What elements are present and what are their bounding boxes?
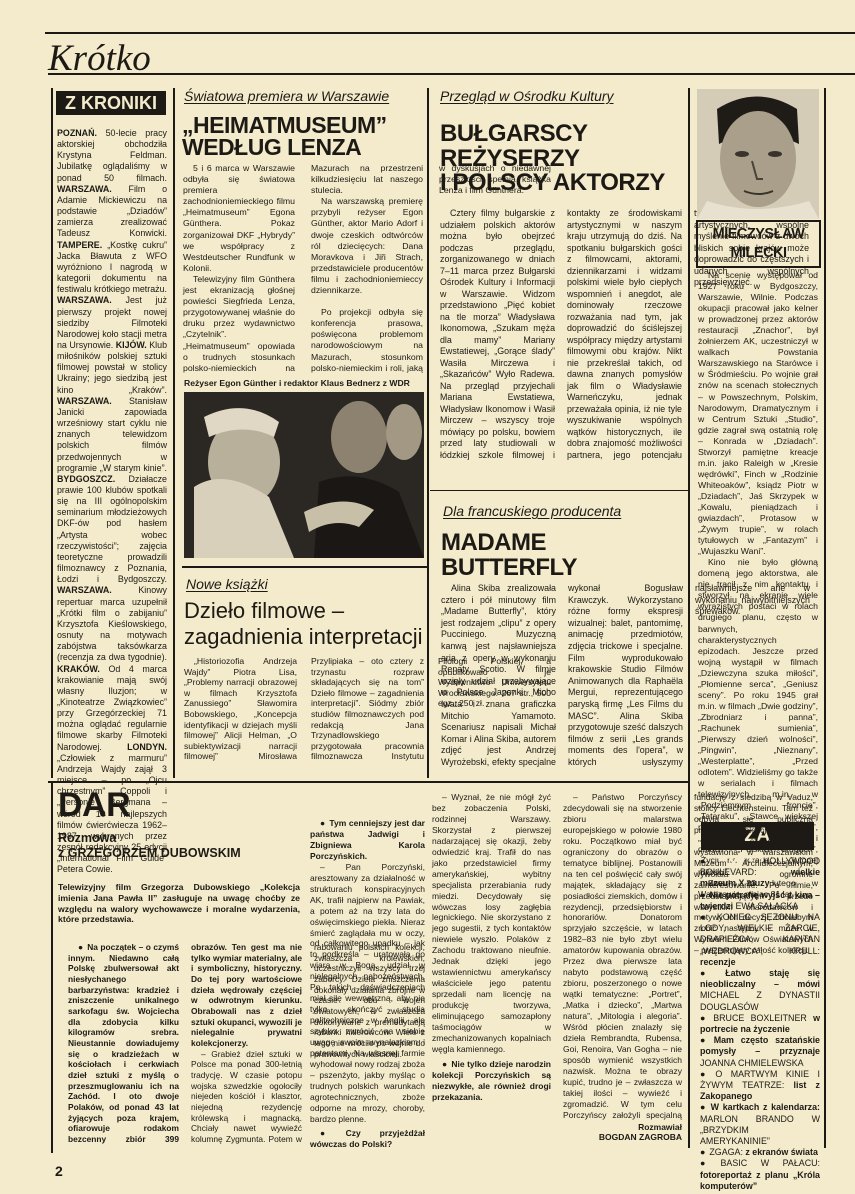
kronika-city: LONDYN. bbox=[127, 742, 167, 752]
milecki-portrait bbox=[697, 89, 819, 219]
masthead-bottom-rule bbox=[48, 73, 855, 75]
bulgar-headline-line2: REŻYSERZY bbox=[440, 147, 665, 172]
milecki-name-line2: MILECKI bbox=[698, 244, 819, 262]
dar-top-rule bbox=[48, 781, 688, 783]
kronika-city: WARSZAWA. bbox=[57, 184, 112, 194]
zatydzien-item-caps: ZGAGA: bbox=[709, 1147, 745, 1157]
milecki-name-box: MIECZYSŁAW MILECKI bbox=[696, 220, 821, 268]
portrait-icon bbox=[697, 89, 819, 219]
bulgar-headline-line3: I POLSCY AKTORZY bbox=[440, 171, 665, 196]
books-top-rule bbox=[182, 566, 428, 568]
page-number: 2 bbox=[55, 1163, 62, 1179]
kronika-left-rule bbox=[51, 88, 53, 778]
heimat-kicker: Światowa premiera w Warszawie bbox=[184, 88, 389, 104]
zatydzien-item: BASIC W PAŁACU: fotoreportaż z planu „Kr… bbox=[700, 1158, 820, 1192]
milecki-p1: Na scenie występował od 1927 roku w Bydg… bbox=[698, 270, 818, 557]
bullet-icon bbox=[700, 1035, 714, 1045]
kronika-box-label: Z KRONIKI bbox=[56, 91, 166, 115]
butterfly-top-rule bbox=[430, 490, 688, 491]
zatydzien-item-bold: z ekranów świata bbox=[745, 1147, 818, 1157]
kronika-city: WARSZAWA. bbox=[57, 396, 112, 406]
zatydzien-item: BRUCE BOXLEITNER w portrecie na życzenie bbox=[700, 1013, 820, 1035]
kronika-city: TAMPERE. bbox=[57, 240, 102, 250]
dar-answer-3: – Wyznał, że nie mógł żyć bez zobaczenia… bbox=[432, 792, 551, 1055]
books-headline-line1: Dzieło filmowe – bbox=[184, 598, 423, 624]
kronika-entry-text: Działacze prawie 100 klubów spotkali się… bbox=[57, 474, 167, 584]
divider-col3 bbox=[688, 88, 690, 1148]
kronika-entry-text: Kinowy repertuar marca uzupełnił „Krótki… bbox=[57, 585, 167, 662]
books-body: „Historiozofia Andrzeja Wajdy” Piotra Li… bbox=[184, 656, 424, 766]
divider-col1 bbox=[173, 88, 175, 778]
butterfly-body: Alina Skiba zrealizowała cztero i pół mi… bbox=[441, 583, 683, 769]
kronika-city: POZNAŃ. bbox=[57, 128, 97, 138]
heimat-photo bbox=[184, 392, 424, 558]
divider-col2 bbox=[427, 88, 429, 778]
butterfly-headline-line1: MADAME bbox=[441, 530, 577, 555]
zatydzien-item-bold: fotoreportaż z planu „Króla komputerów” bbox=[700, 1170, 820, 1191]
dar-body-right: – Wyznał, że nie mógł żyć bez zobaczenia… bbox=[432, 792, 682, 1122]
dar-left-rule bbox=[51, 783, 53, 1153]
bullet-icon bbox=[700, 1158, 720, 1168]
zatydzien-item-bold: Mam często szatańskie pomysły – przyznaj… bbox=[700, 1035, 820, 1056]
zatydzien-item-caps: MARLON BRANDO W „BRZYDKIM AMERYKANINIE” bbox=[700, 1114, 820, 1146]
kronika-paragraph: POZNAŃ. 50-lecie pracy aktorskiej obchod… bbox=[57, 128, 167, 875]
dar-lead: Telewizyjny film Grzegorza Dubowskiego „… bbox=[58, 882, 300, 925]
dar-subhead-line2: z GRZEGORZEM DUBOWSKIM bbox=[58, 846, 241, 861]
bullet-icon bbox=[700, 1013, 713, 1023]
bulgar-headline-line1: BUŁGARSCY bbox=[440, 122, 665, 147]
zatydzien-item-caps: MICHAEL Z DYNASTII DOUGLASÓW bbox=[700, 990, 820, 1011]
dar-question-3: Czy przyjeżdżał wówczas do Polski? bbox=[310, 1128, 425, 1150]
kronika-city: WARSZAWA. bbox=[57, 295, 112, 305]
zatydzien-item: ZGAGA: z ekranów świata bbox=[700, 1147, 820, 1158]
bullet-icon bbox=[442, 1059, 451, 1069]
zatydzien-item: W kartkach z kalendarza: MARLON BRANDO W… bbox=[700, 1102, 820, 1147]
bullet-icon bbox=[700, 1069, 715, 1079]
bullet-icon bbox=[700, 1147, 709, 1157]
dar-subhead-line1: Rozmowa bbox=[58, 831, 241, 846]
books-headline: Dzieło filmowe – zagadnienia interpretac… bbox=[184, 598, 423, 650]
heimat-p1: 5 i 6 marca w Warszawie odbyła się świat… bbox=[183, 163, 295, 274]
dar-answer-5: Pierwsza część kolekcji, wystawiona w wa… bbox=[694, 836, 813, 956]
zatydzien-item-caps: JOANNA CHMIELEWSKA bbox=[700, 1058, 804, 1068]
butterfly-headline: MADAME BUTTERFLY bbox=[441, 530, 577, 580]
photo-two-men-icon bbox=[184, 392, 424, 558]
dar-body-col3: Tym cenniejszy jest dar państwa Jadwigi … bbox=[310, 792, 425, 1150]
butterfly-kicker: Dla francuskiego producenta bbox=[443, 503, 621, 519]
kronika-text: POZNAŃ. 50-lecie pracy aktorskiej obchod… bbox=[57, 128, 167, 875]
kronika-city: WARSZAWA. bbox=[57, 585, 112, 595]
bulgar-body: Cztery filmy bułgarskie z udziałem polsk… bbox=[440, 208, 682, 472]
heimat-body: 5 i 6 marca w Warszawie odbyła się świat… bbox=[183, 163, 423, 375]
dar-question-2: Tym cenniejszy jest dar państwa Jadwigi … bbox=[310, 818, 425, 862]
heimat-headline-line1: „HEIMATMUSEUM” bbox=[182, 114, 387, 136]
bullet-icon bbox=[320, 818, 329, 828]
dar-byline: Rozmawiał BOGDAN ZAGROBA bbox=[560, 1122, 682, 1142]
kronika-city: BYDGOSZCZ. bbox=[57, 474, 115, 484]
masthead-top-rule bbox=[45, 32, 855, 34]
bullet-icon bbox=[700, 1102, 711, 1112]
kronika-entry-text: Stanisław Janicki zapowiada wrześniowy s… bbox=[57, 396, 167, 473]
bulgar-headline: BUŁGARSCY REŻYSERZY I POLSCY AKTORZY bbox=[440, 122, 665, 196]
heimat-photo-caption: Reżyser Egon Günther i redaktor Klaus Be… bbox=[184, 378, 410, 388]
zatydzien-item-bold: recenzje bbox=[700, 957, 736, 967]
dar-answer-2: – Pan Porczyński, aresztowany za działal… bbox=[310, 862, 425, 1125]
zatydzien-item-caps: BASIC W PAŁACU: bbox=[720, 1158, 820, 1168]
bullet-icon bbox=[700, 968, 725, 978]
butterfly-headline-line2: BUTTERFLY bbox=[441, 555, 577, 580]
zatydzien-item-caps: BRUCE BOXLEITNER bbox=[713, 1013, 813, 1023]
bullet-icon bbox=[78, 942, 87, 952]
bullet-icon bbox=[320, 1128, 346, 1138]
zatydzien-item: O MARTWYM KINIE I ŻYWYM TEATRZE: list z … bbox=[700, 1069, 820, 1103]
heimat-headline-line2: WEDŁUG LENZA bbox=[182, 136, 387, 158]
heimat-headline: „HEIMATMUSEUM” WEDŁUG LENZA bbox=[182, 114, 387, 158]
heimat-p3: Na warszawską premierę przybyli reżyser … bbox=[311, 196, 423, 296]
zatydzien-item: Łatwo staję się nieobliczalny – mówi MIC… bbox=[700, 968, 820, 1013]
dar-subhead: Rozmowa z GRZEGORZEM DUBOWSKIM bbox=[58, 831, 241, 861]
dar-byline-author: BOGDAN ZAGROBA bbox=[560, 1132, 682, 1142]
kronika-city: KIJÓW. bbox=[116, 340, 147, 350]
divider-col4 bbox=[824, 88, 826, 1148]
dar-byline-label: Rozmawiał bbox=[560, 1122, 682, 1132]
kronika-city: KRAKÓW. bbox=[57, 664, 100, 674]
books-kicker: Nowe książki bbox=[186, 576, 268, 592]
bulgar-kicker: Przegląd w Ośrodku Kultury bbox=[440, 88, 614, 104]
milecki-name-line1: MIECZYSŁAW bbox=[698, 224, 819, 244]
dar-body-left: Na początek – o czymś innym. Niedawno ca… bbox=[68, 942, 302, 1148]
dar-question-4: Nie tylko dzieje narodzin kolekcji Porcz… bbox=[432, 1059, 551, 1103]
dar-headline: DAR bbox=[58, 786, 130, 824]
zatydzien-item: Mam często szatańskie pomysły – przyznaj… bbox=[700, 1035, 820, 1069]
kronika-entry-text: Od 4 marca krakowianie mają swój własny … bbox=[57, 664, 167, 752]
books-headline-line2: zagadnienia interpretacji bbox=[184, 624, 423, 650]
zatydzien-item-bold: W kartkach z kalendarza: bbox=[711, 1102, 820, 1112]
